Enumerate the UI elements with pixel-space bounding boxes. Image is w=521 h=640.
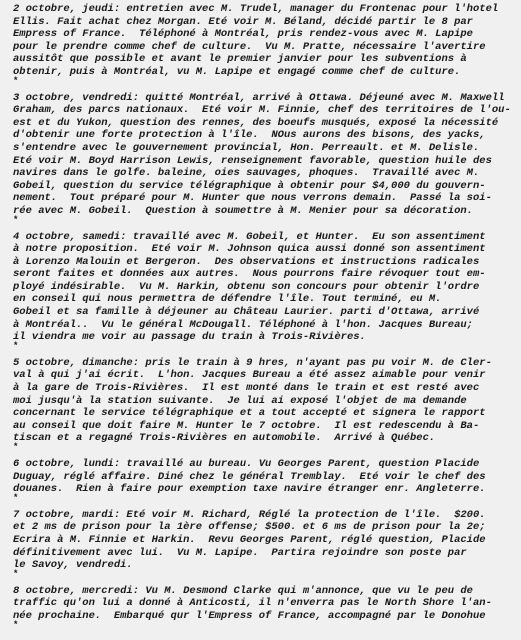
entry-line: à notre proposition. Eté voir M. Johnson… — [13, 243, 518, 256]
entry-line: moi jusqu'à la station suivante. Je lui … — [13, 395, 518, 408]
diary-page: 2 octobre, jeudi: entretien avec M. Trud… — [13, 3, 518, 636]
entry-line: traffic qu'on lui a donné à Anticosti, i… — [13, 597, 518, 610]
entry-first-line: 5 octobre, dimanche: pris le train à 9 h… — [13, 357, 518, 370]
diary-entry: 3 octobre, vendredi: quitté Montréal, ar… — [13, 92, 518, 225]
entry-line: pour le prendre comme chef de culture. V… — [13, 41, 518, 54]
entry-line: rée avec M. Gobeil. Question à soumettre… — [13, 205, 518, 218]
entry-line: née prochaine. Embarqué qur l'Empress of… — [13, 610, 518, 623]
entry-line: aussitôt que possible et avant le premie… — [13, 53, 518, 66]
diary-entry: 7 octobre, mardi: Eté voir M. Richard, R… — [13, 509, 518, 579]
entry-line: à la gare de Trois-Rivières. Il est mont… — [13, 382, 518, 395]
entry-line: en conseil qui nous permettra de défendr… — [13, 293, 518, 306]
entry-line: obtenir, puis à Montréal, vu M. Lapipe e… — [13, 66, 518, 79]
entry-line: d'obtenir une forte protection à l'île. … — [13, 129, 518, 142]
entry-line: Gobeil, question du service télégraphiqu… — [13, 180, 518, 193]
entry-first-line: 8 octobre, mercredi: Vu M. Desmond Clark… — [13, 585, 518, 598]
entry-line: Ellis. Fait achat chez Morgan. Eté voir … — [13, 16, 518, 29]
diary-entry: 5 octobre, dimanche: pris le train à 9 h… — [13, 357, 518, 452]
entry-line: au conseil que doit faire M. Hunter le 7… — [13, 420, 518, 433]
entry-line: navires dans le golfe. baleine, oies sau… — [13, 167, 518, 180]
entry-line: nement. Tout préparé pour M. Hunter que … — [13, 192, 518, 205]
entry-line: Eté voir M. Boyd Harrison Lewis, renseig… — [13, 155, 518, 168]
entry-line: s'entendre avec le gouvernement provinci… — [13, 142, 518, 155]
entry-line: val à qui j'ai écrit. L'hon. Jacques Bur… — [13, 369, 518, 382]
entry-line: douanes. Rien à faire pour exemption tax… — [13, 483, 518, 496]
diary-entry: 6 octobre, lundi: travaillé au bureau. V… — [13, 458, 518, 503]
entry-line: Gobeil et sa famille à déjeuner au Châte… — [13, 306, 518, 319]
diary-entry: 8 octobre, mercredi: Vu M. Desmond Clark… — [13, 585, 518, 630]
entry-first-line: 6 octobre, lundi: travaillé au bureau. V… — [13, 458, 518, 471]
diary-entry: 4 octobre, samedi: travaillé avec M. Gob… — [13, 231, 518, 351]
entry-first-line: 7 octobre, mardi: Eté voir M. Richard, R… — [13, 509, 518, 522]
entry-line: définitivement avec lui. Vu M. Lapipe. P… — [13, 547, 518, 560]
entry-line: Duguay, réglé affaire. Diné chez le géné… — [13, 471, 518, 484]
entry-line: seront faites et données aux autres. Nou… — [13, 268, 518, 281]
entry-line: Empress of France. Téléphoné à Montréal,… — [13, 28, 518, 41]
entry-line: à Montréal.. Vu le général McDougall. Té… — [13, 319, 518, 332]
entry-line: Graham, des parcs nationaux. Eté voir M.… — [13, 104, 518, 117]
entry-first-line: 2 octobre, jeudi: entretien avec M. Trud… — [13, 3, 518, 16]
entry-line: à Lorenzo Malouin et Bergeron. Des obser… — [13, 256, 518, 269]
entry-line: et 2 ms de prison pour la 1ère offense; … — [13, 521, 518, 534]
diary-entry: 2 octobre, jeudi: entretien avec M. Trud… — [13, 3, 518, 86]
entry-line: ployé indésirable. Vu M. Harkin, obtenu … — [13, 281, 518, 294]
entry-line: concernant le service télégraphique et a… — [13, 407, 518, 420]
entry-line: est et du Yukon, question des rennes, de… — [13, 117, 518, 130]
entry-line: Ecrira à M. Finnie et Harkin. Revu Georg… — [13, 534, 518, 547]
entry-first-line: 4 octobre, samedi: travaillé avec M. Gob… — [13, 231, 518, 244]
entry-first-line: 3 octobre, vendredi: quitté Montréal, ar… — [13, 92, 518, 105]
